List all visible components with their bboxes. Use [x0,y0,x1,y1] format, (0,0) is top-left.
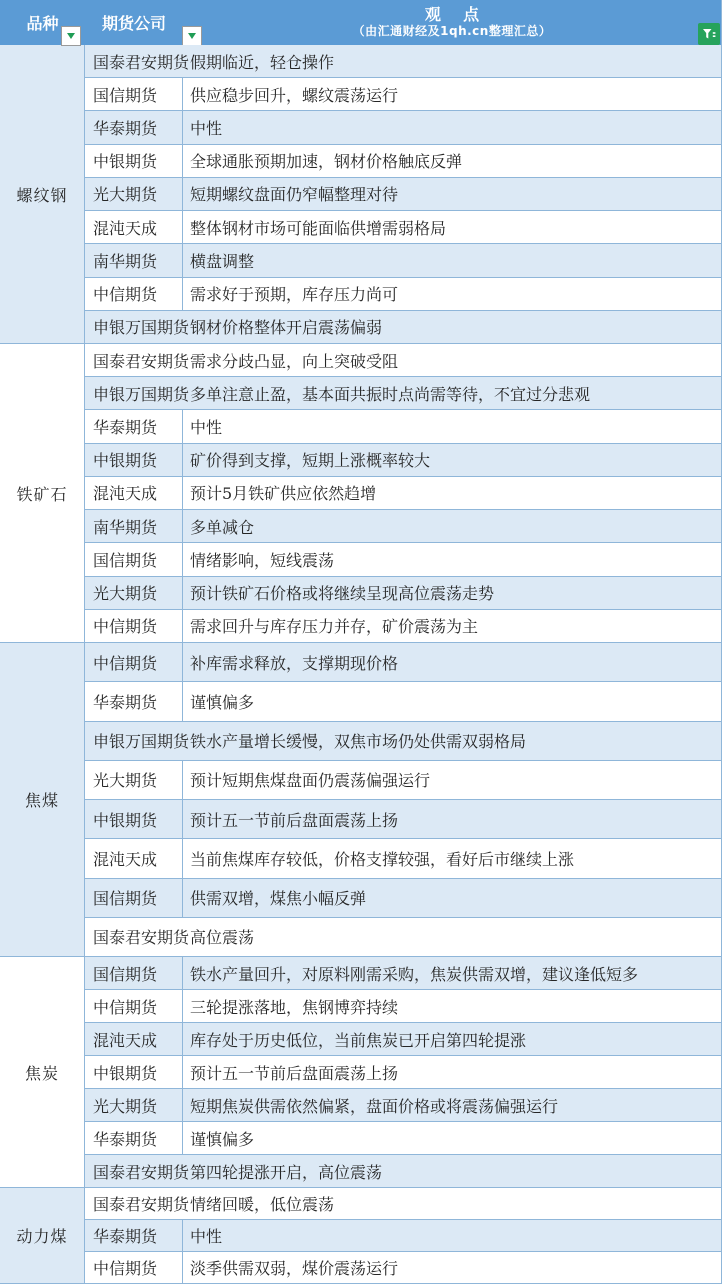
company-cell[interactable]: 混沌天成 [85,839,183,877]
view-cell[interactable]: 高位震荡 [183,925,258,948]
company-cell[interactable]: 混沌天成 [85,1023,183,1055]
company-filter-dropdown[interactable] [182,26,202,46]
table-row: 国泰君安期货需求分歧凸显，向上突破受阻 [85,344,721,377]
table-row: 光大期货短期螺纹盘面仍窄幅整理对待 [85,178,721,211]
view-cell[interactable]: 预计铁矿石价格或将继续呈现高位震荡走势 [183,581,498,604]
variety-cell[interactable]: 焦炭 [0,957,85,1187]
company-cell[interactable]: 中信期货 [85,610,183,642]
company-cell[interactable]: 国泰君安期货 [85,344,189,376]
view-cell[interactable]: 供应稳步回升，螺纹震荡运行 [183,83,402,106]
view-cell[interactable]: 第四轮提涨开启，高位震荡 [183,1160,386,1183]
company-cell[interactable]: 光大期货 [85,178,183,210]
company-cell[interactable]: 国泰君安期货 [85,918,189,956]
company-cell[interactable]: 申银万国期货 [85,311,189,343]
company-cell[interactable]: 中银期货 [85,1056,183,1088]
table-row: 中信期货淡季供需双弱，煤价震荡运行 [85,1252,721,1283]
header-viewpoint: 观 点 （由汇通财经及1qh.cn整理汇总） [183,0,721,45]
dropdown-arrow-icon [67,33,75,39]
company-cell[interactable]: 国泰君安期货 [85,45,189,77]
view-cell[interactable]: 假期临近，轻仓操作 [183,50,338,73]
view-cell[interactable]: 多单注意止盈，基本面共振时点尚需等待，不宜过分悲观 [183,382,594,405]
table-row: 光大期货预计铁矿石价格或将继续呈现高位震荡走势 [85,577,721,610]
view-cell[interactable]: 三轮提涨落地，焦钢博弈持续 [183,995,402,1018]
company-cell[interactable]: 华泰期货 [85,410,183,442]
group-rows: 国泰君安期货需求分歧凸显，向上突破受阻申银万国期货多单注意止盈，基本面共振时点尚… [85,344,721,642]
view-cell[interactable]: 预计五一节前后盘面震荡上扬 [183,808,402,831]
variety-group: 动力煤国泰君安期货情绪回暖，低位震荡华泰期货中性中信期货淡季供需双弱，煤价震荡运… [0,1188,721,1284]
table-row: 混沌天成整体钢材市场可能面临供增需弱格局 [85,211,721,244]
variety-group: 焦炭国信期货铁水产量回升，对原料刚需采购，焦炭供需双增，建议逢低短多中信期货三轮… [0,957,721,1188]
table-row: 中信期货需求好于预期，库存压力尚可 [85,278,721,311]
variety-cell[interactable]: 焦煤 [0,643,85,956]
view-cell[interactable]: 矿价得到支撑，短期上涨概率较大 [183,448,434,471]
table-row: 光大期货预计短期焦煤盘面仍震荡偏强运行 [85,761,721,800]
view-cell[interactable]: 钢材价格整体开启震荡偏弱 [183,315,386,338]
group-rows: 中信期货补库需求释放，支撑期现价格华泰期货谨慎偏多申银万国期货铁水产量增长缓慢，… [85,643,721,956]
header-company-label: 期货公司 [102,11,166,34]
view-cell[interactable]: 需求好于预期，库存压力尚可 [183,282,402,305]
variety-filter-dropdown[interactable] [61,26,81,46]
table-row: 混沌天成当前焦煤库存较低，价格支撑较强，看好后市继续上涨 [85,839,721,878]
table-header: 品种 期货公司 观 点 （由汇通财经及1qh.cn整理汇总） [0,0,721,45]
company-cell[interactable]: 南华期货 [85,244,183,276]
company-cell[interactable]: 混沌天成 [85,211,183,243]
company-cell[interactable]: 国信期货 [85,78,183,110]
view-cell[interactable]: 供需双增，煤焦小幅反弹 [183,886,370,909]
variety-group: 焦煤中信期货补库需求释放，支撑期现价格华泰期货谨慎偏多申银万国期货铁水产量增长缓… [0,643,721,957]
table-row: 国信期货情绪影响，短线震荡 [85,543,721,576]
company-cell[interactable]: 华泰期货 [85,1220,183,1251]
view-cell[interactable]: 多单减仓 [183,515,258,538]
table-row: 国泰君安期货第四轮提涨开启，高位震荡 [85,1155,721,1187]
variety-cell[interactable]: 螺纹钢 [0,45,85,343]
table-row: 申银万国期货多单注意止盈，基本面共振时点尚需等待，不宜过分悲观 [85,377,721,410]
company-cell[interactable]: 国信期货 [85,957,183,989]
table-row: 南华期货横盘调整 [85,244,721,277]
table-row: 华泰期货中性 [85,410,721,443]
table-row: 国泰君安期货假期临近，轻仓操作 [85,45,721,78]
view-cell[interactable]: 情绪影响，短线震荡 [183,548,338,571]
view-cell[interactable]: 预计5月铁矿供应依然趋增 [183,481,380,504]
view-cell[interactable]: 情绪回暖，低位震荡 [183,1192,338,1215]
view-cell[interactable]: 中性 [183,116,226,139]
company-cell[interactable]: 申银万国期货 [85,377,189,409]
table-row: 中信期货三轮提涨落地，焦钢博弈持续 [85,990,721,1023]
view-cell[interactable]: 短期焦炭供需依然偏紧，盘面价格或将震荡偏强运行 [183,1094,562,1117]
company-cell[interactable]: 华泰期货 [85,1122,183,1154]
company-cell[interactable]: 申银万国期货 [85,722,189,760]
table-row: 光大期货短期焦炭供需依然偏紧，盘面价格或将震荡偏强运行 [85,1089,721,1122]
company-cell[interactable]: 光大期货 [85,761,183,799]
company-cell[interactable]: 中银期货 [85,145,183,177]
table-row: 南华期货多单减仓 [85,510,721,543]
table-row: 国信期货供需双增，煤焦小幅反弹 [85,879,721,918]
view-cell[interactable]: 需求分歧凸显，向上突破受阻 [183,349,402,372]
group-rows: 国泰君安期货假期临近，轻仓操作国信期货供应稳步回升，螺纹震荡运行华泰期货中性中银… [85,45,721,343]
company-cell[interactable]: 南华期货 [85,510,183,542]
table-row: 华泰期货谨慎偏多 [85,682,721,721]
view-cell[interactable]: 需求回升与库存压力并存，矿价震荡为主 [183,614,482,637]
view-cell[interactable]: 预计五一节前后盘面震荡上扬 [183,1061,402,1084]
view-cell[interactable]: 铁水产量回升，对原料刚需采购，焦炭供需双增，建议逢低短多 [183,962,642,985]
company-cell[interactable]: 国泰君安期货 [85,1155,189,1187]
table-row: 中银期货矿价得到支撑，短期上涨概率较大 [85,444,721,477]
header-viewpoint-subtitle: （由汇通财经及1qh.cn整理汇总） [353,25,552,39]
sheet-filter-button[interactable] [698,23,720,45]
company-cell[interactable]: 中信期货 [85,990,183,1022]
table-row: 混沌天成库存处于历史低位，当前焦炭已开启第四轮提涨 [85,1023,721,1056]
view-cell[interactable]: 短期螺纹盘面仍窄幅整理对待 [183,182,402,205]
table-row: 申银万国期货铁水产量增长缓慢，双焦市场仍处供需双弱格局 [85,722,721,761]
company-cell[interactable]: 国泰君安期货 [85,1188,189,1219]
company-cell[interactable]: 混沌天成 [85,477,183,509]
view-cell[interactable]: 全球通胀预期加速，钢材价格触底反弹 [183,149,466,172]
table-row: 国信期货铁水产量回升，对原料刚需采购，焦炭供需双增，建议逢低短多 [85,957,721,990]
view-cell[interactable]: 横盘调整 [183,249,258,272]
variety-group: 螺纹钢国泰君安期货假期临近，轻仓操作国信期货供应稳步回升，螺纹震荡运行华泰期货中… [0,45,721,344]
view-cell[interactable]: 预计短期焦煤盘面仍震荡偏强运行 [183,768,434,791]
company-cell[interactable]: 中银期货 [85,800,183,838]
table-row: 混沌天成预计5月铁矿供应依然趋增 [85,477,721,510]
company-cell[interactable]: 中银期货 [85,444,183,476]
company-cell[interactable]: 光大期货 [85,577,183,609]
view-cell[interactable]: 库存处于历史低位，当前焦炭已开启第四轮提涨 [183,1028,530,1051]
company-cell[interactable]: 华泰期货 [85,111,183,143]
company-cell[interactable]: 国信期货 [85,879,183,917]
view-cell[interactable]: 谨慎偏多 [183,690,258,713]
table-body: 螺纹钢国泰君安期货假期临近，轻仓操作国信期货供应稳步回升，螺纹震荡运行华泰期货中… [0,45,721,1284]
company-cell[interactable]: 中信期货 [85,278,183,310]
view-cell[interactable]: 淡季供需双弱，煤价震荡运行 [183,1256,402,1279]
table-row: 申银万国期货钢材价格整体开启震荡偏弱 [85,311,721,343]
futures-opinion-table: 品种 期货公司 观 点 （由汇通财经及1qh.cn整理汇总） 螺纹钢国泰君安期货… [0,0,722,1284]
variety-group: 铁矿石国泰君安期货需求分歧凸显，向上突破受阻申银万国期货多单注意止盈，基本面共振… [0,344,721,643]
variety-cell[interactable]: 铁矿石 [0,344,85,642]
view-cell[interactable]: 中性 [183,1224,226,1247]
view-cell[interactable]: 整体钢材市场可能面临供增需弱格局 [183,216,450,239]
table-row: 华泰期货中性 [85,111,721,144]
variety-cell[interactable]: 动力煤 [0,1188,85,1283]
dropdown-arrow-icon [188,33,196,39]
company-cell[interactable]: 国信期货 [85,543,183,575]
table-row: 华泰期货中性 [85,1220,721,1252]
company-cell[interactable]: 华泰期货 [85,682,183,720]
table-row: 国泰君安期货高位震荡 [85,918,721,956]
table-row: 中银期货全球通胀预期加速，钢材价格触底反弹 [85,145,721,178]
table-row: 华泰期货谨慎偏多 [85,1122,721,1155]
company-cell[interactable]: 光大期货 [85,1089,183,1121]
view-cell[interactable]: 铁水产量增长缓慢，双焦市场仍处供需双弱格局 [183,729,530,752]
filter-funnel-icon [701,26,717,42]
company-cell[interactable]: 中信期货 [85,1252,183,1283]
table-row: 国泰君安期货情绪回暖，低位震荡 [85,1188,721,1220]
company-cell[interactable]: 中信期货 [85,643,183,681]
group-rows: 国信期货铁水产量回升，对原料刚需采购，焦炭供需双增，建议逢低短多中信期货三轮提涨… [85,957,721,1187]
table-row: 国信期货供应稳步回升，螺纹震荡运行 [85,78,721,111]
table-row: 中银期货预计五一节前后盘面震荡上扬 [85,1056,721,1089]
table-row: 中银期货预计五一节前后盘面震荡上扬 [85,800,721,839]
view-cell[interactable]: 当前焦煤库存较低，价格支撑较强，看好后市继续上涨 [183,847,578,870]
table-row: 中信期货补库需求释放，支撑期现价格 [85,643,721,682]
view-cell[interactable]: 谨慎偏多 [183,1127,258,1150]
table-row: 中信期货需求回升与库存压力并存，矿价震荡为主 [85,610,721,642]
view-cell[interactable]: 中性 [183,415,226,438]
header-variety-label: 品种 [26,11,58,34]
group-rows: 国泰君安期货情绪回暖，低位震荡华泰期货中性中信期货淡季供需双弱，煤价震荡运行 [85,1188,721,1283]
header-company[interactable]: 期货公司 [85,0,183,45]
view-cell[interactable]: 补库需求释放，支撑期现价格 [183,651,402,674]
header-viewpoint-title: 观 点 [425,6,479,24]
